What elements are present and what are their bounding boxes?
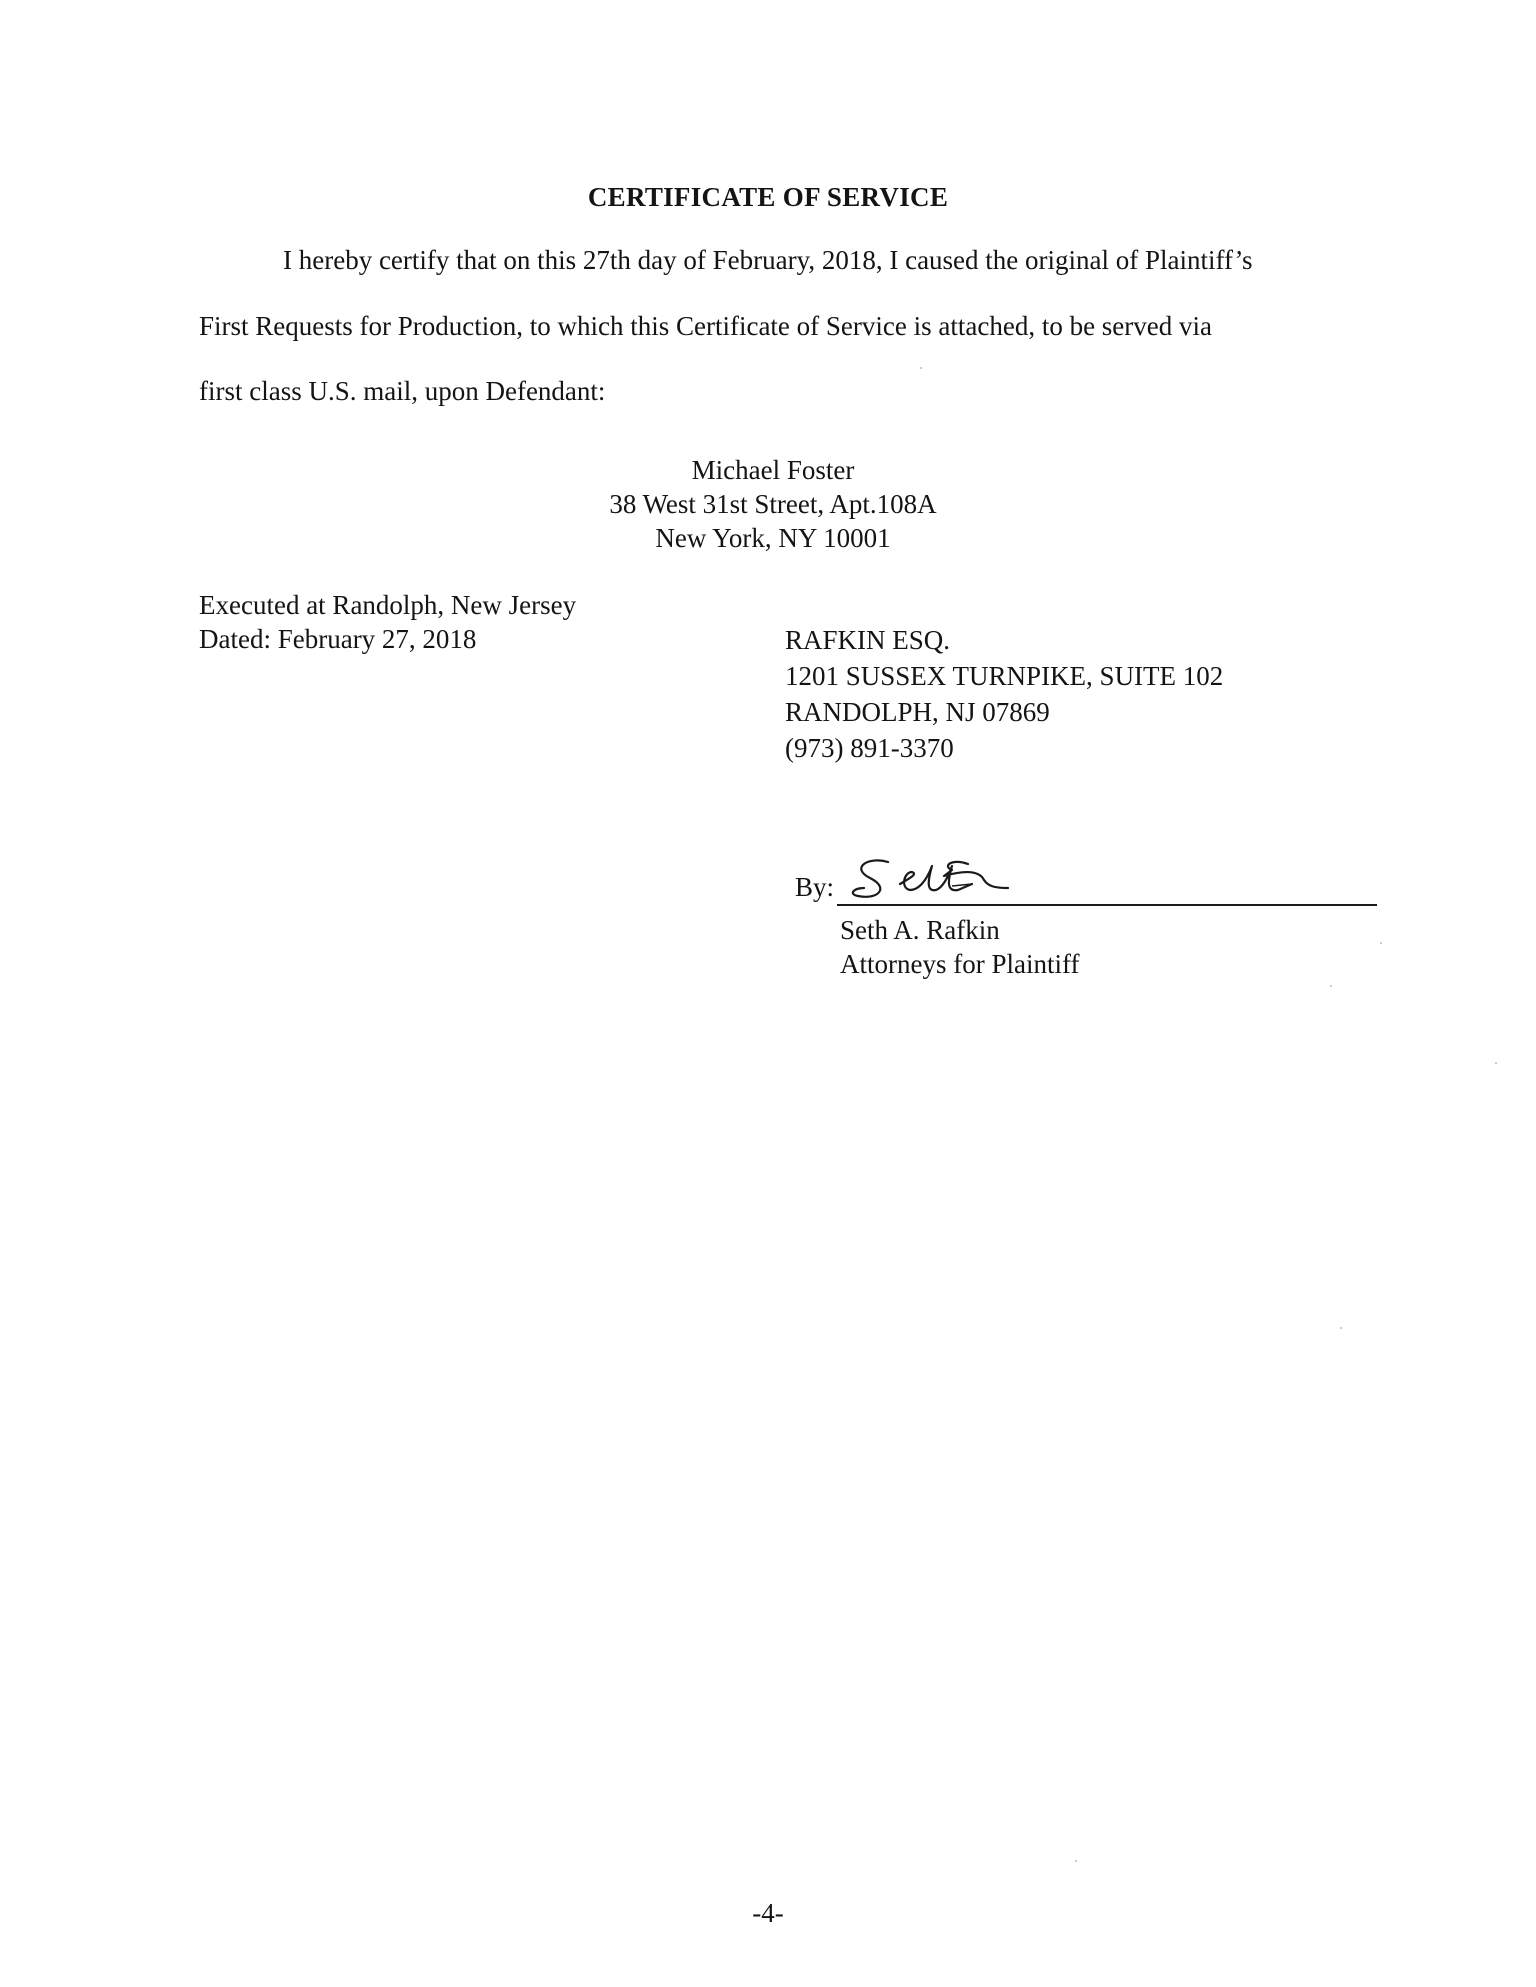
recipient-name: Michael Foster [0, 453, 1536, 487]
page-number: -4- [0, 1898, 1536, 1929]
signer-block: Seth A. Rafkin Attorneys for Plaintiff [840, 913, 1079, 981]
execution-block: Executed at Randolph, New Jersey Dated: … [199, 588, 576, 656]
scan-speck [1330, 985, 1332, 987]
by-label: By: [795, 872, 834, 903]
scan-speck [1340, 1327, 1342, 1329]
firm-block: RAFKIN ESQ. 1201 SUSSEX TURNPIKE, SUITE … [785, 622, 1223, 766]
scan-speck [920, 367, 922, 369]
firm-address-1: 1201 SUSSEX TURNPIKE, SUITE 102 [785, 658, 1223, 694]
firm-phone: (973) 891-3370 [785, 730, 1223, 766]
execution-place: Executed at Randolph, New Jersey [199, 588, 576, 622]
signature-line [837, 904, 1377, 906]
body-line-1: I hereby certify that on this 27th day o… [283, 245, 1253, 276]
document-title: CERTIFICATE OF SERVICE [0, 182, 1536, 213]
signer-name: Seth A. Rafkin [840, 913, 1079, 947]
handwritten-signature-icon [848, 848, 1108, 908]
execution-date: Dated: February 27, 2018 [199, 622, 576, 656]
scan-speck [1380, 942, 1382, 944]
body-line-2: First Requests for Production, to which … [199, 311, 1212, 342]
firm-address-2: RANDOLPH, NJ 07869 [785, 694, 1223, 730]
body-line-3: first class U.S. mail, upon Defendant: [199, 376, 605, 407]
recipient-street: 38 West 31st Street, Apt.108A [0, 487, 1536, 521]
scan-speck [1495, 1062, 1497, 1064]
signer-role: Attorneys for Plaintiff [840, 947, 1079, 981]
scan-speck [1075, 1860, 1077, 1862]
firm-name: RAFKIN ESQ. [785, 622, 1223, 658]
recipient-city: New York, NY 10001 [0, 521, 1536, 555]
recipient-address-block: Michael Foster 38 West 31st Street, Apt.… [0, 453, 1536, 555]
